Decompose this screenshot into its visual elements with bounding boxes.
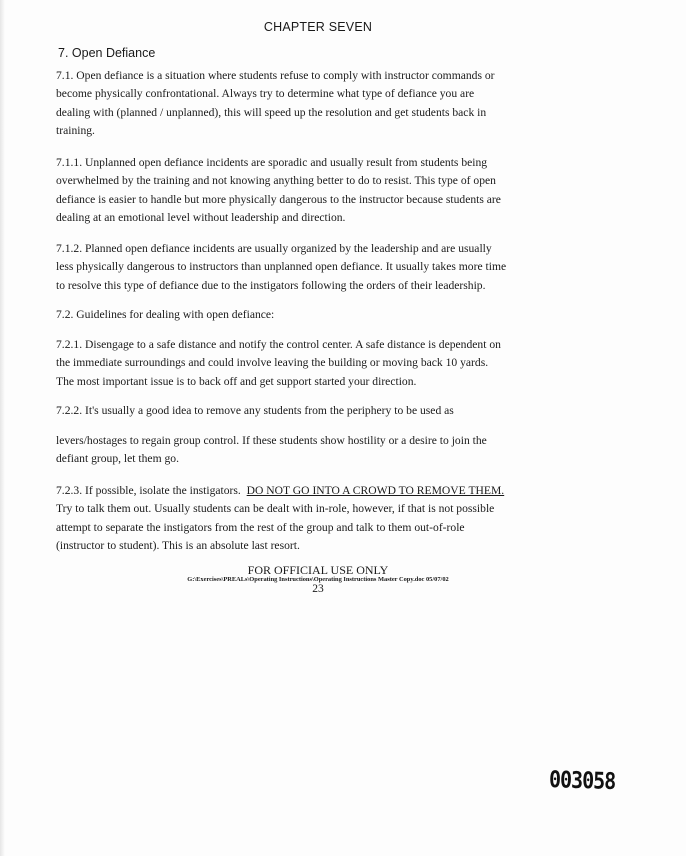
text-line: Try to talk them out. Usually students c…	[56, 500, 596, 518]
scan-edge-shadow	[0, 0, 5, 856]
paragraph-7-2-2: 7.2.2. It's usually a good idea to remov…	[56, 402, 596, 420]
text-line: 7.2.3. If possible, isolate the instigat…	[56, 482, 596, 500]
text-line: less physically dangerous to instructors…	[56, 258, 596, 276]
text-line: dealing at an emotional level without le…	[56, 209, 596, 227]
text-line: 7.1. Open defiance is a situation where …	[56, 67, 596, 85]
text-line: defiance is easier to handle but more ph…	[56, 191, 596, 209]
text-line: to resolve this type of defiance due to …	[56, 277, 596, 295]
paragraph-7-2-2-continued: levers/hostages to regain group control.…	[56, 432, 596, 469]
paragraph-7-1-2: 7.1.2. Planned open defiance incidents a…	[56, 240, 596, 295]
page-number: 23	[0, 583, 636, 595]
text-line: become physically confrontational. Alway…	[56, 85, 596, 103]
text-fragment: 7.2.3. If possible, isolate the instigat…	[56, 484, 247, 497]
text-line: attempt to separate the instigators from…	[56, 519, 596, 537]
underlined-warning: DO NOT GO INTO A CROWD TO REMOVE THEM.	[247, 484, 505, 497]
text-line: The most important issue is to back off …	[56, 373, 596, 391]
section-title: 7. Open Defiance	[58, 46, 155, 60]
chapter-heading: CHAPTER SEVEN	[0, 20, 636, 34]
text-line: 7.1.1. Unplanned open defiance incidents…	[56, 154, 596, 172]
bates-stamp: 003058	[549, 765, 616, 795]
paragraph-7-1: 7.1. Open defiance is a situation where …	[56, 67, 596, 140]
text-line: levers/hostages to regain group control.…	[56, 432, 596, 450]
paragraph-7-2: 7.2. Guidelines for dealing with open de…	[56, 306, 596, 324]
text-line: overwhelmed by the training and not know…	[56, 172, 596, 190]
paragraph-7-1-1: 7.1.1. Unplanned open defiance incidents…	[56, 154, 596, 227]
text-line: 7.2. Guidelines for dealing with open de…	[56, 306, 596, 324]
text-line: training.	[56, 122, 596, 140]
text-line: 7.1.2. Planned open defiance incidents a…	[56, 240, 596, 258]
document-page: CHAPTER SEVEN 7. Open Defiance 7.1. Open…	[0, 0, 686, 856]
text-line: 7.2.2. It's usually a good idea to remov…	[56, 402, 596, 420]
text-line: defiant group, let them go.	[56, 450, 596, 468]
text-line: (instructor to student). This is an abso…	[56, 537, 596, 555]
text-line: dealing with (planned / unplanned), this…	[56, 104, 596, 122]
file-path-footer: G:\Exercises\PREALs\Operating Instructio…	[0, 576, 636, 583]
text-line: the immediate surroundings and could inv…	[56, 354, 596, 372]
text-line: 7.2.1. Disengage to a safe distance and …	[56, 336, 596, 354]
paragraph-7-2-3: 7.2.3. If possible, isolate the instigat…	[56, 482, 596, 555]
paragraph-7-2-1: 7.2.1. Disengage to a safe distance and …	[56, 336, 596, 391]
